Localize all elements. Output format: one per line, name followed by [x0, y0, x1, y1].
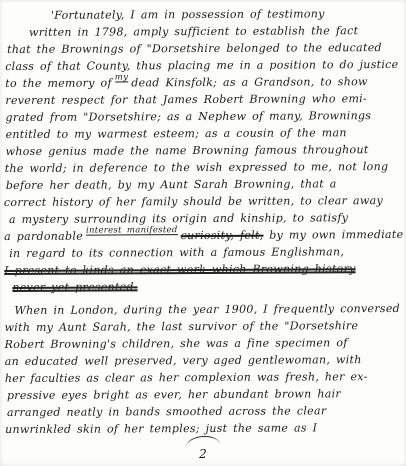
manuscript-line: before her death, by my Aunt Sarah Brown…	[0, 175, 406, 194]
text-segment: a pardonable	[4, 230, 83, 243]
text-segment: arranged neatly in bands smoothed across…	[7, 404, 326, 419]
manuscript-line: grated from "Dorsetshire; as a Nephew of…	[0, 107, 406, 126]
manuscript-line: Robert Browning's children, she was a fi…	[1, 334, 406, 353]
text-segment: reverent respect for that James Robert B…	[5, 92, 367, 107]
text-segment: When in London, during the year 1900, I …	[14, 302, 400, 317]
page-number-block: 2	[0, 436, 406, 462]
text-segment: before her death, by my Aunt Sarah Brown…	[6, 177, 337, 192]
text-segment: to the memory of	[5, 76, 112, 90]
text-segment: written in 1798, amply sufficient to est…	[29, 24, 358, 39]
text-segment: entitled to my warmest esteem; as a cous…	[6, 126, 347, 141]
manuscript-line: correct history of her family should be …	[0, 192, 406, 211]
text-segment: her faculties as clear as her complexion…	[5, 370, 368, 385]
text-segment: in regard to its connection with a famou…	[9, 245, 344, 260]
page-number-flourish	[186, 435, 221, 448]
text-segment: that the Brownings of "Dorsetshire belon…	[7, 41, 382, 56]
text-segment: dead Kinsfolk; as a Grandson, to show	[131, 75, 368, 89]
manuscript-line: pressive eyes bright as ever, her abunda…	[1, 385, 406, 404]
manuscript-line: an educated well preserved, very aged ge…	[1, 351, 406, 370]
manuscript-lines: 'Fortunately, I am in possession of test…	[0, 0, 406, 438]
text-segment: the world; in deference to the wish expr…	[5, 160, 389, 175]
struck-text: I present to kinds an exact work which B…	[4, 262, 355, 277]
manuscript-line: that the Brownings of "Dorsetshire belon…	[0, 39, 405, 58]
struck-text: curiosity,	[181, 229, 235, 242]
inserted-text: my	[115, 73, 129, 82]
manuscript-line: 'Fortunately, I am in possession of test…	[0, 5, 405, 24]
text-segment: pressive eyes bright as ever, her abunda…	[7, 387, 341, 402]
manuscript-line: to the memory ofmydead Kinsfolk; as a Gr…	[0, 73, 405, 92]
manuscript-line: entitled to my warmest esteem; as a cous…	[0, 124, 406, 143]
text-segment: unwrinkled skin of her temples; just the…	[5, 421, 317, 436]
text-segment: an educated well preserved, very aged ge…	[5, 353, 362, 368]
manuscript-line: whose genius made the name Browning famo…	[0, 141, 406, 160]
text-segment: whose genius made the name Browning famo…	[6, 143, 369, 158]
struck-text: never yet presented.	[12, 280, 137, 294]
manuscript-line: with my Aunt Sarah, the last survivor of…	[1, 317, 406, 336]
manuscript-line: When in London, during the year 1900, I …	[0, 300, 406, 319]
text-segment: Robert Browning's children, she was a fi…	[5, 336, 348, 351]
page-number: 2	[199, 447, 207, 461]
manuscript-line: her faculties as clear as her complexion…	[1, 368, 406, 387]
text-segment: class of that County, thus placing me in…	[5, 58, 398, 73]
manuscript-line: never yet presented.	[0, 277, 406, 296]
text-segment: grated from "Dorsetshire; as a Nephew of…	[5, 109, 371, 124]
manuscript-line: arranged neatly in bands smoothed across…	[1, 402, 406, 421]
manuscript-line: a pardonableinterest manifestedcuriosity…	[0, 226, 406, 245]
manuscript-line: in regard to its connection with a famou…	[0, 243, 406, 262]
text-segment: 'Fortunately, I am in possession of test…	[51, 7, 325, 21]
struck-text: felt,	[234, 229, 263, 242]
manuscript-line: class of that County, thus placing me in…	[0, 56, 405, 75]
text-segment: by my own immediate family	[263, 228, 406, 242]
text-segment: with my Aunt Sarah, the last survivor of…	[5, 319, 359, 334]
manuscript-line: reverent respect for that James Robert B…	[0, 90, 405, 109]
text-segment: a mystery surrounding its origin and kin…	[9, 211, 348, 226]
manuscript-line: written in 1798, amply sufficient to est…	[0, 22, 405, 41]
inserted-text: interest manifested	[86, 226, 178, 235]
text-segment: correct history of her family should be …	[4, 194, 383, 209]
manuscript-line: the world; in deference to the wish expr…	[0, 158, 406, 177]
manuscript-line: a mystery surrounding its origin and kin…	[0, 209, 406, 228]
manuscript-line: I present to kinds an exact work which B…	[0, 260, 406, 279]
manuscript-page: 'Fortunately, I am in possession of test…	[0, 0, 406, 466]
